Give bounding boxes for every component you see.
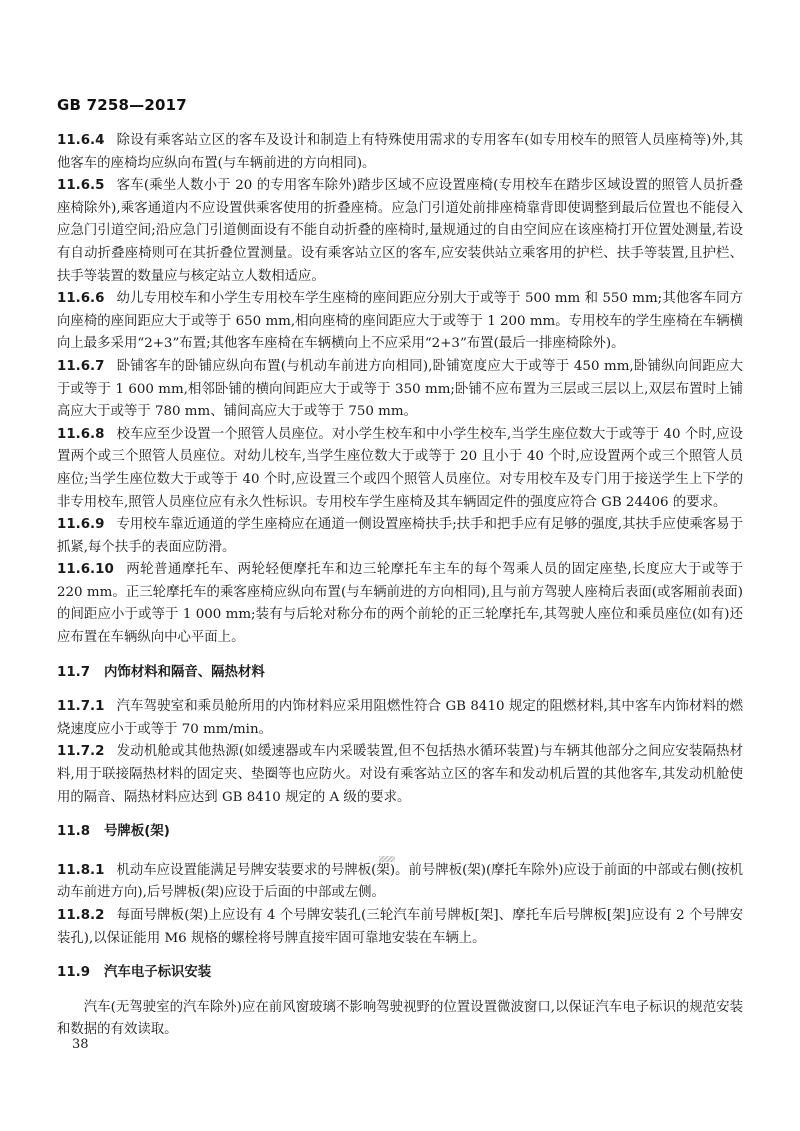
section-heading-11-8: 11.8号牌板(架) <box>57 821 743 844</box>
clause-11-6-10: 11.6.10两轮普通摩托车、两轮轻便摩托车和边三轮摩托车主车的每个驾乘人员的固… <box>57 559 743 649</box>
clause-text: 汽车驾驶室和乘员舱所用的内饰材料应采用阻燃性符合 GB 8410 规定的阻燃材料… <box>57 699 743 737</box>
clause-text: 发动机舱或其他热源(如缓速器或车内采暖装置,但不包括热水循环装置)与车辆其他部分… <box>57 744 743 804</box>
section-title: 内饰材料和隔音、隔热材料 <box>104 665 265 680</box>
section-heading-11-9: 11.9汽车电子标识安装 <box>57 962 743 985</box>
page-content: 11.6.4除设有乘客站立区的客车及设计和制造上有特殊使用需求的专用客车(如专用… <box>57 130 743 1042</box>
clause-number: 11.7.2 <box>57 744 104 759</box>
clause-text: 汽车(无驾驶室的汽车除外)应在前风窗玻璃不影响驾驶视野的位置设置微波窗口,以保证… <box>57 1000 743 1038</box>
clause-number: 11.6.10 <box>57 562 114 577</box>
clause-11-6-8: 11.6.8校车应至少设置一个照管人员座位。对小学生校车和中小学生校车,当学生座… <box>57 424 743 514</box>
clause-text: 机动车应设置能满足号牌安装要求的号牌板(架) <box>116 863 395 878</box>
clause-11-6-7: 11.6.7卧铺客车的卧铺应纵向布置(与机动车前进方向相同),卧铺宽度应大于或等… <box>57 356 743 424</box>
clause-text: 卧铺客车的卧铺应纵向布置(与机动车前进方向相同),卧铺宽度应大于或等于 450 … <box>57 359 743 419</box>
clause-text: 校车应至少设置一个照管人员座位。对小学生校车和中小学生校车,当学生座位数大于或等… <box>57 427 743 510</box>
clause-number: 11.7.1 <box>57 699 104 714</box>
page-number: 38 <box>72 1037 89 1052</box>
clause-number: 11.6.8 <box>57 427 104 442</box>
clause-11-8-1: 11.8.1机动车应设置能满足号牌安装要求的号牌板(架)。前号牌板(架)(摩托车… <box>57 856 743 905</box>
clause-number: 11.6.9 <box>57 517 104 532</box>
scan-artifact <box>379 856 395 862</box>
clause-number: 11.6.5 <box>57 178 104 193</box>
section-title: 汽车电子标识安装 <box>104 965 211 980</box>
clause-11-9-body: 汽车(无驾驶室的汽车除外)应在前风窗玻璃不影响驾驶视野的位置设置微波窗口,以保证… <box>57 997 743 1042</box>
clause-11-6-5: 11.6.5客车(乘坐人数小于 20 的专用客车除外)踏步区域不应设置座椅(专用… <box>57 175 743 288</box>
section-number: 11.8 <box>57 824 90 839</box>
clause-11-8-2: 11.8.2每面号牌板(架)上应设有 4 个号牌安装孔(三轮汽车前号牌板[架]、… <box>57 905 743 950</box>
clause-11-6-6: 11.6.6幼儿专用校车和小学生专用校车学生座椅的座间距应分别大于或等于 500… <box>57 288 743 356</box>
clause-text: 除设有乘客站立区的客车及设计和制造上有特殊使用需求的专用客车(如专用校车的照管人… <box>57 133 743 171</box>
clause-number: 11.6.4 <box>57 133 104 148</box>
clause-text: 幼儿专用校车和小学生专用校车学生座椅的座间距应分别大于或等于 500 mm 和 … <box>57 291 743 351</box>
section-number: 11.9 <box>57 965 90 980</box>
clause-number: 11.6.7 <box>57 359 104 374</box>
clause-11-6-4: 11.6.4除设有乘客站立区的客车及设计和制造上有特殊使用需求的专用客车(如专用… <box>57 130 743 175</box>
section-heading-11-7: 11.7内饰材料和隔音、隔热材料 <box>57 662 743 685</box>
clause-text: 两轮普通摩托车、两轮轻便摩托车和边三轮摩托车主车的每个驾乘人员的固定座垫,长度应… <box>57 562 743 645</box>
clause-11-6-9: 11.6.9专用校车靠近通道的学生座椅应在通道一侧设置座椅扶手;扶手和把手应有足… <box>57 514 743 559</box>
clause-number: 11.6.6 <box>57 291 104 306</box>
clause-number: 11.8.1 <box>57 863 104 878</box>
clause-text: 每面号牌板(架)上应设有 4 个号牌安装孔(三轮汽车前号牌板[架]、摩托车后号牌… <box>57 908 743 946</box>
clause-11-7-1: 11.7.1汽车驾驶室和乘员舱所用的内饰材料应采用阻燃性符合 GB 8410 规… <box>57 696 743 741</box>
clause-number: 11.8.2 <box>57 908 104 923</box>
clause-text: 客车(乘坐人数小于 20 的专用客车除外)踏步区域不应设置座椅(专用校车在踏步区… <box>57 178 743 283</box>
section-title: 号牌板(架) <box>104 824 170 839</box>
standard-header: GB 7258—2017 <box>57 96 187 114</box>
document-page: GB 7258—2017 11.6.4除设有乘客站立区的客车及设计和制造上有特殊… <box>0 0 800 1131</box>
clause-text: 专用校车靠近通道的学生座椅应在通道一侧设置座椅扶手;扶手和把手应有足够的强度,其… <box>57 517 743 555</box>
section-number: 11.7 <box>57 665 90 680</box>
clause-11-7-2: 11.7.2发动机舱或其他热源(如缓速器或车内采暖装置,但不包括热水循环装置)与… <box>57 741 743 809</box>
